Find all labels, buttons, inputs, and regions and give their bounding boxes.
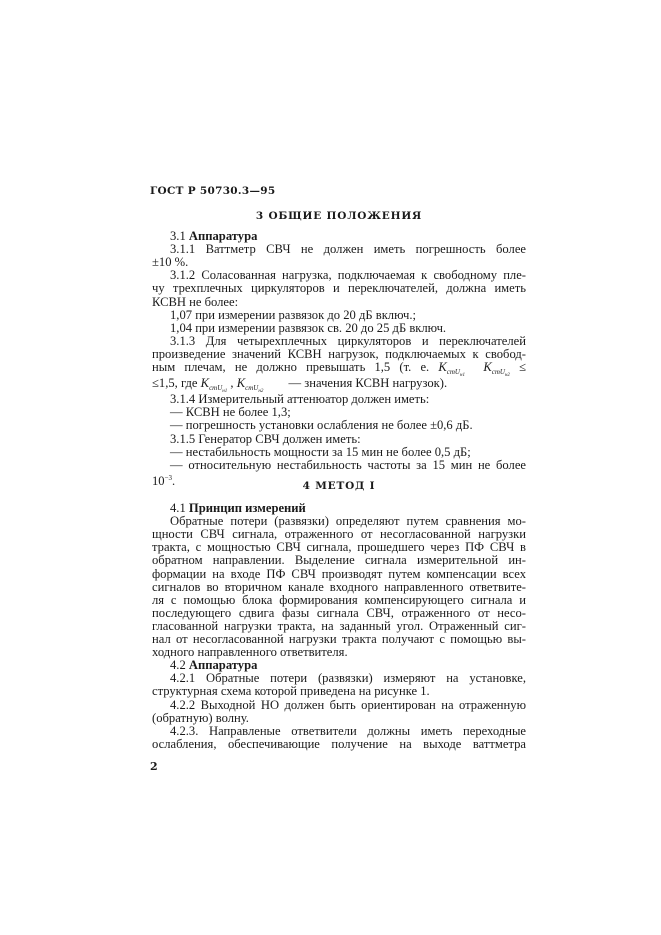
section-4-title: 4 МЕТОД I [152, 480, 526, 493]
paragraph-line: ля с помощью блока формирования компенси… [152, 594, 526, 607]
paragraph-4-2-2-cont: (обратную) волну. [152, 712, 526, 725]
subsection-number: 3.1 [170, 229, 186, 243]
list-item: — погрешность установки ослабления не бо… [152, 419, 526, 432]
running-head: ГОСТ Р 50730.3—95 [150, 185, 275, 197]
section-4: 4 МЕТОД I 4.1 Принцип измерений Обратные… [152, 480, 526, 751]
paragraph-3-1-5: 3.1.5 Генератор СВЧ должен иметь: [152, 433, 526, 446]
paragraph-3-1-3-line3: ным плечам, не должно превышать 1,5 (т. … [152, 361, 526, 377]
list-item: — относительную нестабильность частоты з… [152, 459, 526, 472]
paragraph-4-2-3: 4.2.3. Направленые ответвители должны им… [152, 725, 526, 738]
page-number: 2 [150, 760, 158, 773]
list-item: 1,04 при измерении развязок св. 20 до 25… [152, 322, 526, 335]
list-item: 1,07 при измерении развязок до 20 дБ вкл… [152, 309, 526, 322]
formula-k2: KстUн2 [483, 360, 510, 374]
paragraph-4-2-3-cont: ослабления, обеспечивающие получение на … [152, 738, 526, 751]
paragraph-3-1-2-line3: КСВН не более: [152, 296, 526, 309]
paragraph-line: обратном направлении. Выделение сигнала … [152, 554, 526, 567]
less-equal-sign: ≤ [519, 360, 526, 374]
paragraph-3-1-3-line4: ≤1,5, где KстUн1 , KстUн2 — значения КСВ… [152, 377, 526, 393]
document-page: ГОСТ Р 50730.3—95 3 ОБЩИЕ ПОЛОЖЕНИЯ 3.1 … [0, 0, 661, 935]
paragraph-4-2-1-cont: структурная схема которой приведена на р… [152, 685, 526, 698]
formula-k1: KстUн1 [438, 360, 465, 374]
list-item: — нестабильность мощности за 15 мин не б… [152, 446, 526, 459]
paragraph-line: формации на входе ПФ СВЧ производят путе… [152, 568, 526, 581]
formula-k1: KстUн1 [201, 376, 228, 390]
paragraph-3-1-2-line2: чу трехплечных циркуляторов и переключат… [152, 282, 526, 295]
paragraph-3-1-1: 3.1.1 Ваттметр СВЧ не должен иметь погре… [152, 243, 526, 256]
subsection-title: Аппаратура [189, 229, 258, 243]
section-3: 3 ОБЩИЕ ПОЛОЖЕНИЯ 3.1 Аппаратура 3.1.1 В… [152, 210, 526, 488]
formula-k2: KстUн2 [237, 376, 264, 390]
paragraph-4-2-2: 4.2.2 Выходной НО должен быть ориентиров… [152, 699, 526, 712]
section-3-title: 3 ОБЩИЕ ПОЛОЖЕНИЯ [152, 210, 526, 223]
paragraph-line: сигналов во вторичном канале входного на… [152, 581, 526, 594]
paragraph-3-1-3: 3.1.3 Для четырехплечных циркуляторов и … [152, 335, 526, 348]
paragraph-line: последующего сдвига фазы сигнала СВЧ, от… [152, 607, 526, 620]
